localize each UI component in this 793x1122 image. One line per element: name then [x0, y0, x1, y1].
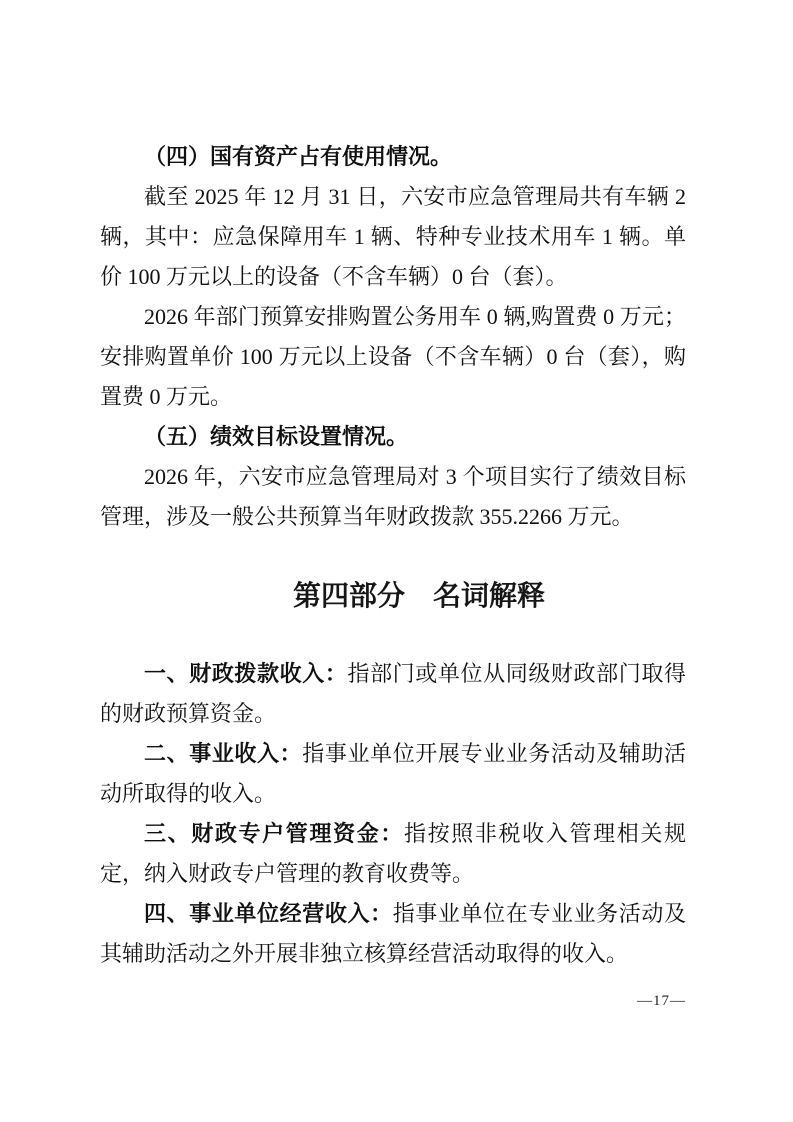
- definition-term: 四、事业单位经营收入：: [144, 901, 393, 926]
- definition-operating-income: 四、事业单位经营收入：指事业单位在专业业务活动及其辅助活动之外开展非独立核算经营…: [100, 894, 686, 974]
- section-heading-performance-targets: （五）绩效目标设置情况。: [100, 417, 686, 457]
- document-page: { "page": { "background_color": "#ffffff…: [0, 0, 793, 1122]
- definition-business-income: 二、事业收入：指事业单位开展专业业务活动及辅助活动所取得的收入。: [100, 734, 686, 814]
- document-body: （四）国有资产占有使用情况。 截至 2025 年 12 月 31 日，六安市应急…: [100, 137, 686, 974]
- definition-term: 一、财政拨款收入：: [144, 661, 347, 686]
- definition-term: 三、财政专户管理资金：: [144, 821, 404, 846]
- section-heading-asset-usage: （四）国有资产占有使用情况。: [100, 137, 686, 177]
- definition-special-account-funds: 三、财政专户管理资金：指按照非税收入管理相关规定，纳入财政专户管理的教育收费等。: [100, 814, 686, 894]
- paragraph-procurement-budget: 2026 年部门预算安排购置公务用车 0 辆,购置费 0 万元；安排购置单价 1…: [100, 297, 686, 417]
- paragraph-performance-targets: 2026 年，六安市应急管理局对 3 个项目实行了绩效目标管理，涉及一般公共预算…: [100, 457, 686, 537]
- part-title-glossary: 第四部分 名词解释: [100, 574, 686, 618]
- page-number: —17—: [637, 993, 686, 1010]
- definition-fiscal-appropriation-income: 一、财政拨款收入：指部门或单位从同级财政部门取得的财政预算资金。: [100, 654, 686, 734]
- definition-term: 二、事业收入：: [144, 741, 302, 766]
- paragraph-vehicles: 截至 2025 年 12 月 31 日，六安市应急管理局共有车辆 2 辆，其中：…: [100, 177, 686, 297]
